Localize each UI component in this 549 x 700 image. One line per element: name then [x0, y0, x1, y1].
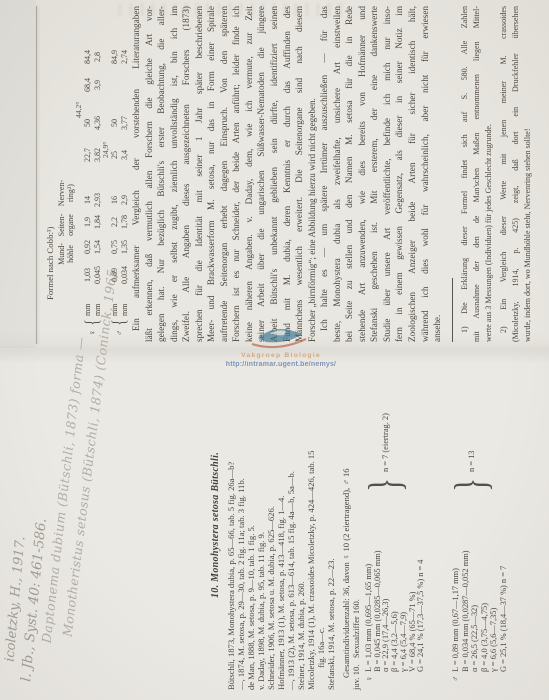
measurement-line: G = 24,1 % (17,3—37,5 %) n = 4 [417, 550, 426, 672]
reference-line: Hofmänner, 1913 (1), M. setosa, p. 413—4… [276, 360, 286, 690]
paragraph-line: seiner Arbeit über die ungarischen Süßwa… [255, 6, 268, 342]
male-table-row-2: 0,0341,351,782,93,43,772,74 [120, 2, 129, 342]
paragraph-line: Stefanski geschehen ist. Mit ersterem, d… [368, 6, 381, 342]
rotated-page-content: icoletzky, H., 1917. l. Jb., Syst. 40: 4… [0, 0, 549, 700]
table-cell: 3,77 [120, 116, 129, 130]
table-cell: 1,54 [93, 240, 102, 254]
footnote-line: 2) Ein Vergleich dieser Werte mit jenen … [498, 6, 510, 342]
reference-line: de Man, 1888, M. setosa, p. 9—10, tab. 1… [246, 360, 256, 690]
table-header-cell: ring²) [66, 184, 75, 202]
measurement-line: α = 26,5 (22,5—32) [470, 550, 480, 672]
male-superscript-value: 24,9° [101, 142, 110, 158]
table-cell: 0,75 [110, 240, 119, 254]
measurement-brace: } [363, 478, 407, 492]
table-header-row-2: höhleorganering²) [66, 2, 75, 342]
paragraph-line: Forschern ist es nur Schneider, der beid… [230, 6, 243, 342]
table-cell: 50 [83, 119, 92, 127]
reference-line: Bütschli, 1873, Monohystera dubia, p. 65… [226, 360, 236, 690]
table-cell: 2,9 [120, 195, 129, 205]
table-cell: 2,74 [120, 50, 129, 64]
table-header-cell: höhle [66, 245, 75, 263]
table-header-cell: Nerven- [57, 180, 66, 206]
table-cell: 22,7 [83, 148, 92, 162]
paragraph-line: Männchens wesentlich erweitert. Die Seit… [293, 6, 306, 342]
table-header-cell: Seiten- [57, 214, 66, 237]
female-symbol: ♀ [365, 676, 374, 682]
paragraph-line: stehende Art anzuwenden, wie dies bereit… [356, 6, 369, 342]
reference-line: —, 1913 (2), M. setosa, p. 613—614, tab.… [286, 360, 296, 690]
table-header-cell: organe [66, 214, 75, 236]
paragraph-line: sprechen für die Identität mit seiner 1 … [193, 6, 206, 342]
table-header-cell: Mund- [57, 243, 66, 265]
scanned-book-spread: icoletzky, H., 1917. l. Jb., Syst. 40: 4… [0, 0, 549, 700]
table-cell: 1,03 [83, 268, 92, 282]
table-cell: 16 [110, 196, 119, 204]
handwritten-author-note: icoletzky, H., 1917. [3, 536, 29, 663]
measurement-brace: } [449, 478, 493, 492]
female-sample-size: n = 7 (eiertrag. 2) [381, 413, 390, 472]
table-cell: 2,93 [93, 193, 102, 207]
paragraph-line: keine näheren Angaben. v. Daday, dem, wi… [243, 6, 256, 342]
measurement-line: B = 0,034 mm (0,0287—0,052 mm) [461, 550, 471, 672]
table-cell: 68,4 [83, 78, 92, 92]
footnote-2: 2) Ein Vergleich dieser Werte mit jenen … [498, 6, 534, 342]
paragraph-line: Fund mit M. dubia, deren Kenntnis er dur… [281, 6, 294, 342]
measurement-line: G = 25,1 % (18,4—37 %) n = 7 [499, 550, 509, 672]
paragraph-line: ansehe. [431, 6, 444, 342]
paragraph-line: Arbeit Bütschli's unbekannt geblieben se… [268, 6, 281, 342]
measurement-line: L = 0,89 mm (0,67—1,17 mm) [451, 550, 461, 672]
cobb-formula-table: Mund-Seiten-Nerven- höhleorganering²) 44… [57, 2, 129, 342]
table-cell: 1,9 [83, 217, 92, 227]
male-symbol: ♂ [451, 676, 460, 682]
paragraph-line: Ein aufmerksamer Vergleich der vorstehen… [130, 6, 143, 342]
specimen-count-line: Gesamtindividuenzahl: 36, davon ♀ 10 (2 … [341, 468, 351, 678]
paragraph-line: auftretende Seitenorgan erhebt dagegen E… [218, 6, 231, 342]
male-table-row-1: 0,890,752,216255084,9 [110, 2, 119, 342]
paragraph-line: bei Seite zu stellen und den Namen M. se… [343, 6, 356, 342]
reference-line: Stefanski, 1914, M. setosa, p. 22—23. [326, 360, 336, 690]
footnote-line: 1) Die Erklärung dieser Formel findet si… [459, 6, 471, 342]
table-cell: 84,9 [110, 50, 119, 64]
table-header-row-1: Mund-Seiten-Nerven- [57, 2, 66, 342]
table-cell: 14 [83, 196, 92, 204]
reference-list: Bütschli, 1873, Monohystera dubia, p. 65… [226, 360, 336, 690]
scan-background-strip [0, 0, 36, 348]
footnote-line: werte aus 3 Messungen (Individuen) für j… [483, 6, 495, 342]
measurement-line: γ = 6,6 (5,6—7,35) [489, 550, 499, 672]
reference-line: v. Daday, 1898, M. dubia, p. 95, tab. 11… [256, 360, 266, 690]
table-cell: 1,35 [120, 240, 129, 254]
table-cell: 3,9 [93, 80, 102, 90]
reference-line: Micoletzky, 1914 (1), M. crassoides Mico… [306, 360, 316, 690]
footnote-line: mit Ausnahme der den de Man'schen Maßen … [471, 6, 483, 342]
table-cell: 84,4 [83, 50, 92, 64]
female-measurements: ♀ L = 1,03 mm (0,695—1,65 mm)B = 0,045 m… [365, 550, 426, 672]
table-cell: 1,78 [120, 215, 129, 229]
section-heading: 10. Monohystera setosa Bütschli. [210, 350, 221, 700]
footnote-line: (Micoletzky, 1914, p. 425) zeigt, daß do… [510, 6, 522, 342]
paragraph-line: dings, wie er selbst zugibt, ziemlich un… [168, 6, 181, 342]
footnote-1: 1) Die Erklärung dieser Formel findet si… [459, 6, 495, 342]
paragraph-line: beste, Monohystera dubia als zweifelhaft… [331, 6, 344, 342]
sex-ratio-line: juv. 10. Sexualziffer 160. [351, 599, 361, 690]
female-superscript-value: 44,2° [74, 102, 83, 118]
reference-line: Steiner, 1914, M. dubia, p. 260. [296, 360, 306, 690]
handwritten-synonym-note-1: Daptonema dubium (Bütschli, 1873) forma … [39, 336, 89, 644]
female-table-row-2: 0,0451,541,842,933,824,363,92,8 [93, 2, 102, 342]
table-cell: 50 [110, 119, 119, 127]
male-sample-size: n = 13 [467, 451, 476, 472]
table-cell: 3,82 [93, 148, 102, 162]
female-table-row-1: 1,030,921,91422,75068,484,4 [83, 2, 92, 342]
paragraph-line: Zoologischen Anzeiger beide Arten für si… [406, 6, 419, 342]
formula-title: Formel nach Cobb:¹) [45, 227, 55, 301]
table-cell: 0,034 [120, 266, 129, 284]
paragraph-line: Zweifel. Alle Angaben dieses ausgezeichn… [180, 6, 193, 342]
paragraph-line: Studie über unsere Art veröffentlichte, … [381, 6, 394, 342]
paragraph-line: gelegen hat. Nur bezüglich Bütschli's er… [155, 6, 168, 342]
paragraph-line: fern in einem gewissen Gegensatz, als di… [393, 6, 406, 342]
table-cell: 0,89 [110, 268, 119, 282]
table-cell: 0,045 [93, 266, 102, 284]
measurement-line: β = 4,0 (3,75—4,75) [480, 550, 490, 672]
table-cell: 0,92 [83, 240, 92, 254]
footnote-rule [452, 278, 453, 342]
paragraph-line: Forscher „birnförmig“; eine Abbildung hi… [306, 6, 319, 342]
paragraph-line: während ich dies wohl für wahrscheinlich… [419, 6, 432, 342]
table-cell: 4,36 [93, 116, 102, 130]
footnote-line: wurde, indem dort, wo Mundhöhle steht, N… [522, 6, 534, 342]
paragraph-line: Meer- und Brackwasserform M. setosa, nur… [205, 6, 218, 342]
table-cell: 1,84 [93, 215, 102, 229]
discussion-paragraph: Ein aufmerksamer Vergleich der vorstehen… [130, 6, 444, 342]
table-cell: 2,2 [110, 217, 119, 227]
paragraph-line: läßt erkennen, daß vermutlich allen Fors… [143, 6, 156, 342]
table-cell: 3,4 [120, 150, 129, 160]
handwritten-citation-note: l. Jb., Syst. 40: 461-586. [18, 518, 50, 683]
right-page-top-edge [36, 6, 37, 344]
table-cell: 25 [110, 151, 119, 159]
male-measurements: ♂ L = 0,89 mm (0,67—1,17 mm)B = 0,034 mm… [451, 550, 509, 672]
reference-line: fig. 16a—c. [316, 360, 326, 690]
reference-line: Schneider, 1906, M. setosa u. M. dubia, … [266, 360, 276, 690]
paragraph-line: Ich halte es — um spätere Irrtümer auszu… [318, 6, 331, 342]
table-cell: 2,8 [93, 52, 102, 62]
reference-line: —, 1874, M. setosa, p. 29—30, tab. 2 fig… [236, 360, 246, 690]
